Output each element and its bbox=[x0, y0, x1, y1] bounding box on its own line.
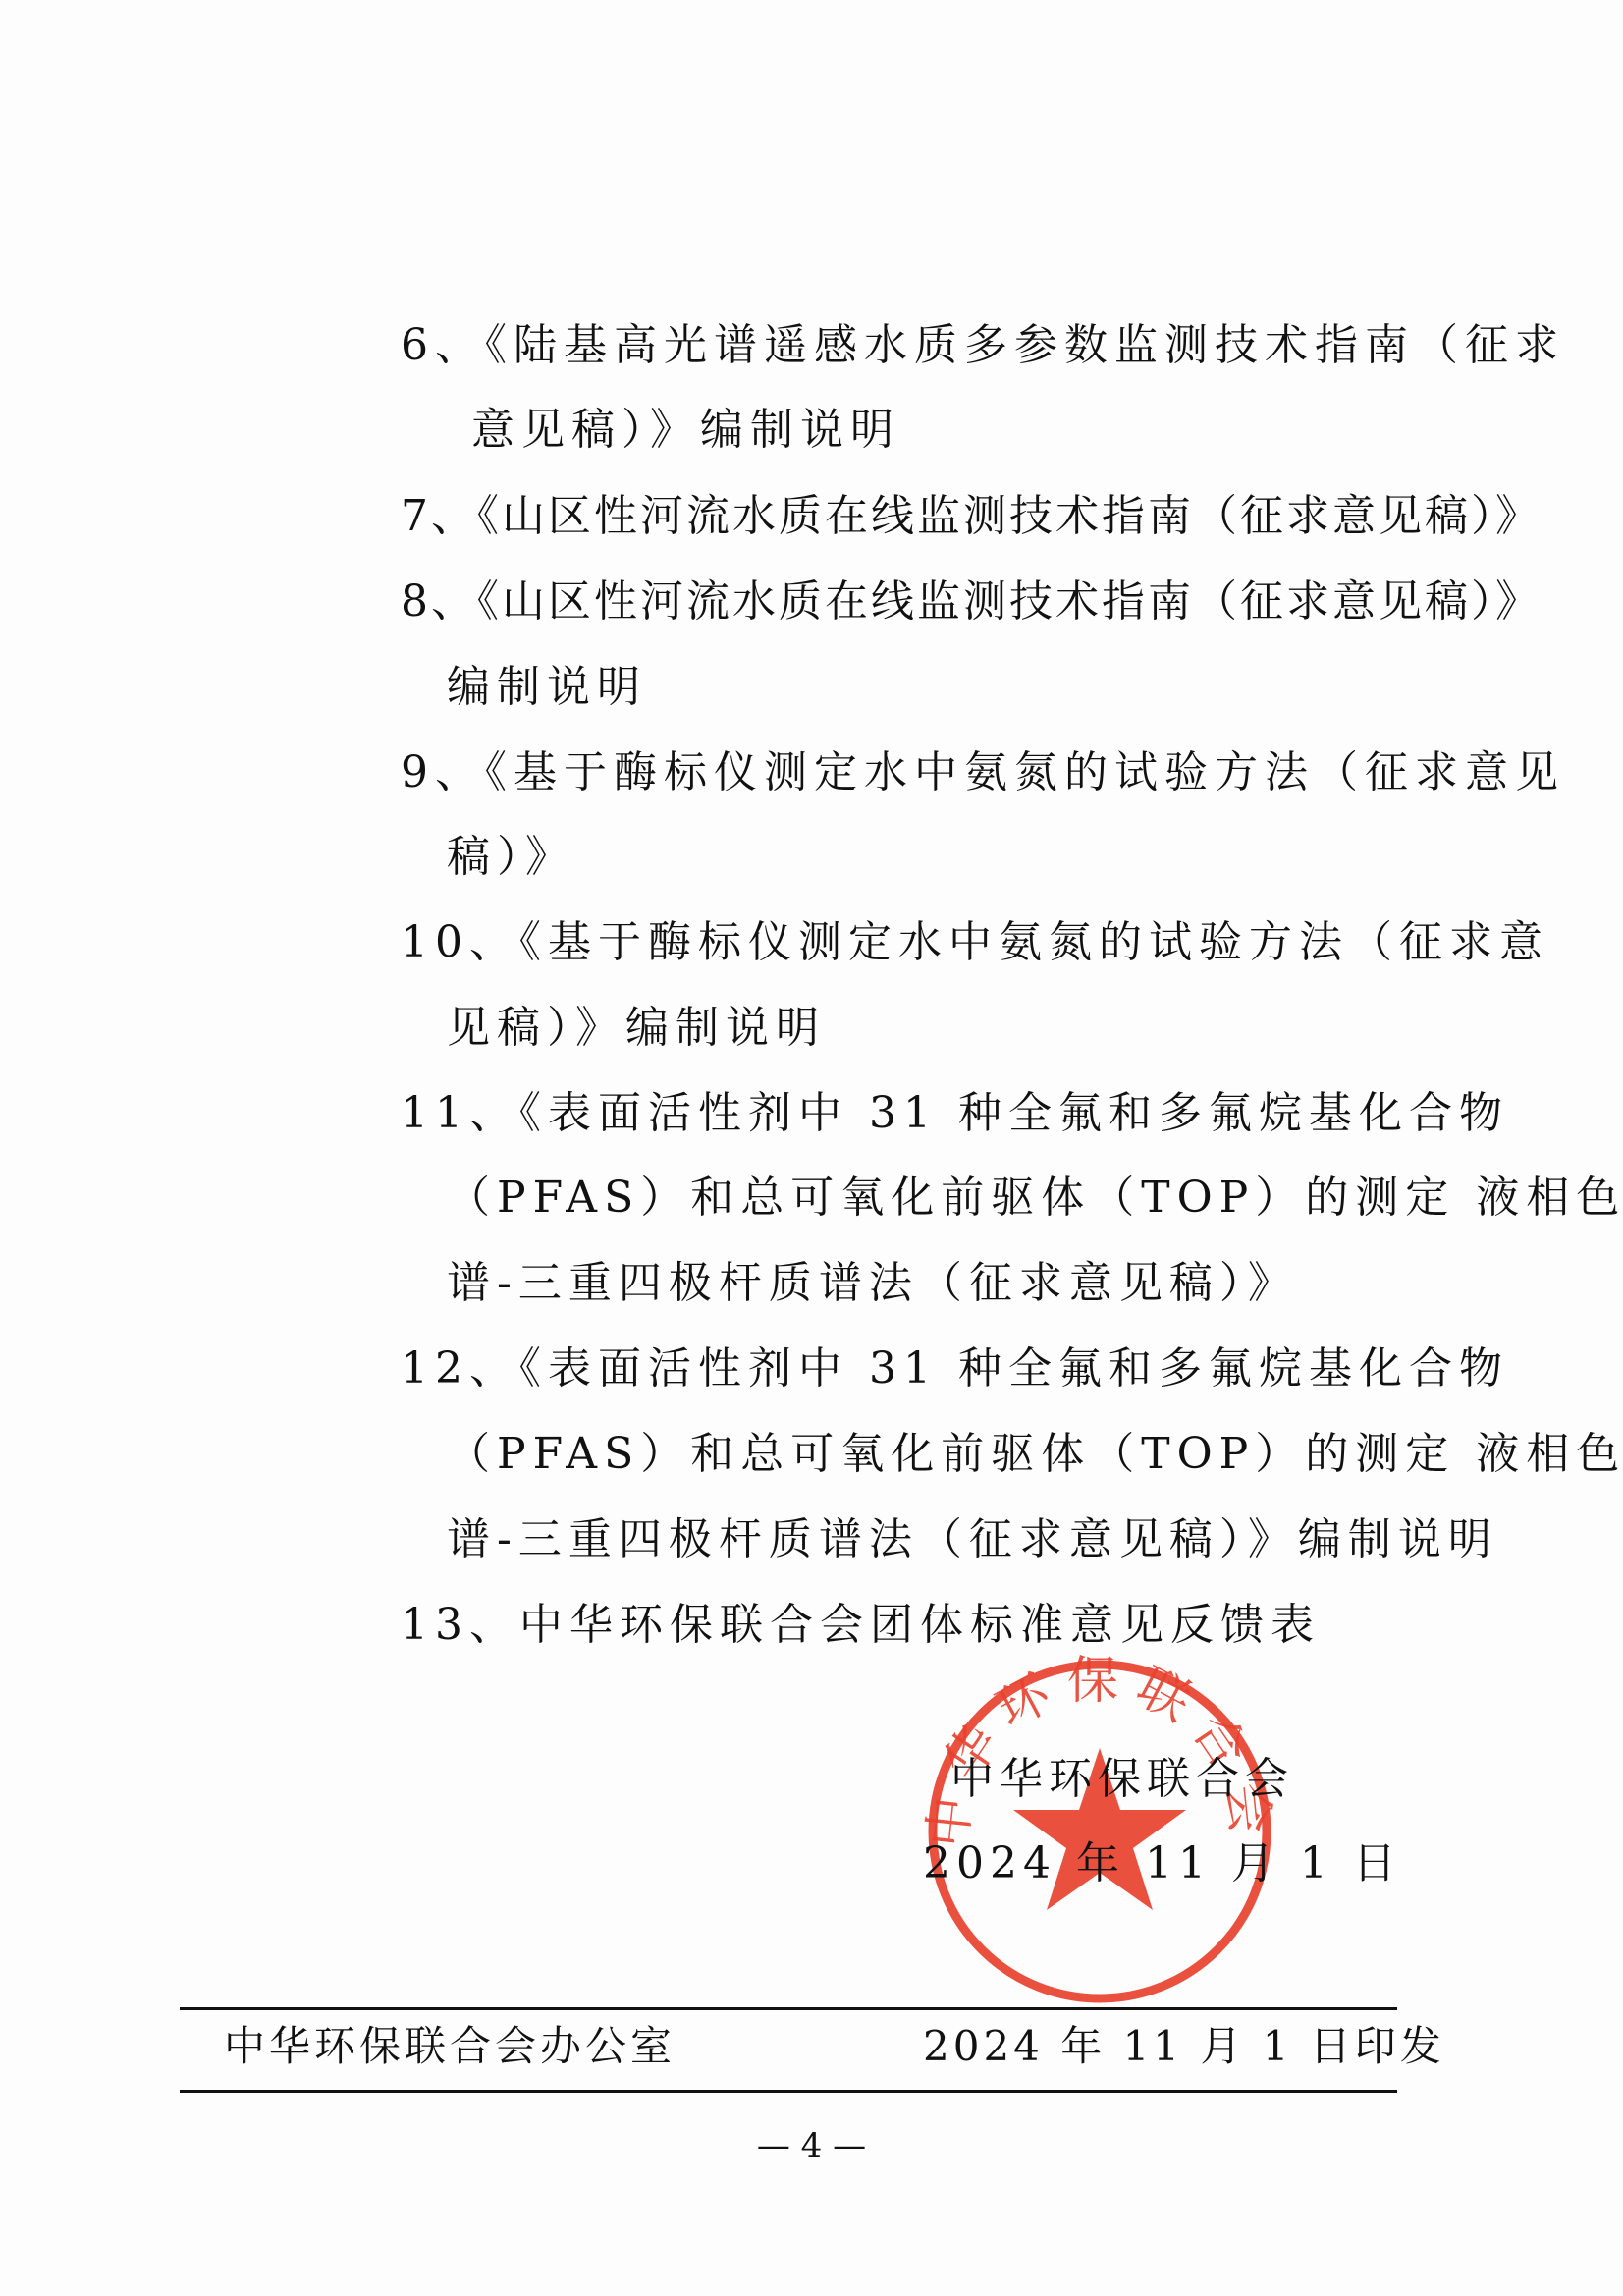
attachment-item-8-line-2: 编制说明 bbox=[447, 658, 647, 717]
attachment-item-12-line-1: 12、《表面活性剂中 31 种全氟和多氟烷基化合物 bbox=[401, 1339, 1509, 1398]
attachment-item-6-line-1: 6、《陆基高光谱遥感水质多参数监测技术指南（征求 bbox=[401, 316, 1565, 375]
page-number: — 4 — bbox=[0, 2126, 1623, 2165]
signature-organization: 中华环保联合会 bbox=[950, 1750, 1294, 1809]
attachment-item-9-line-1: 9、《基于酶标仪测定水中氨氮的试验方法（征求意见 bbox=[401, 743, 1565, 802]
attachment-item-12-line-2: （PFAS）和总可氧化前驱体（TOP）的测定 液相色 bbox=[447, 1425, 1623, 1484]
document-page: 6、《陆基高光谱遥感水质多参数监测技术指南（征求 意见稿）》编制说明 7、《山区… bbox=[0, 0, 1623, 2296]
attachment-item-12-line-3: 谱-三重四极杆质谱法（征求意见稿）》编制说明 bbox=[447, 1510, 1498, 1569]
footer-bottom-rule bbox=[180, 2090, 1397, 2093]
attachment-item-6-line-2: 意见稿）》编制说明 bbox=[471, 401, 900, 460]
attachment-item-10-line-2: 见稿）》编制说明 bbox=[447, 999, 826, 1058]
attachment-item-8-line-1: 8、《山区性河流水质在线监测技术指南（征求意见稿）》 bbox=[401, 573, 1542, 631]
attachment-item-11-line-2: （PFAS）和总可氧化前驱体（TOP）的测定 液相色 bbox=[447, 1169, 1623, 1228]
signature-date: 2024 年 11 月 1 日 bbox=[923, 1834, 1402, 1893]
seal-icon: 中华环保联合会 bbox=[923, 1655, 1276, 2008]
attachment-item-13-line-1: 13、中华环保联合会团体标准意见反馈表 bbox=[401, 1596, 1321, 1655]
official-seal: 中华环保联合会 bbox=[923, 1655, 1276, 2008]
attachment-item-7-line-1: 7、《山区性河流水质在线监测技术指南（征求意见稿）》 bbox=[401, 487, 1542, 546]
attachment-item-10-line-1: 10、《基于酶标仪测定水中氨氮的试验方法（征求意 bbox=[401, 913, 1549, 972]
attachment-item-11-line-1: 11、《表面活性剂中 31 种全氟和多氟烷基化合物 bbox=[401, 1084, 1509, 1143]
footer-issuer: 中华环保联合会办公室 bbox=[224, 2017, 676, 2076]
attachment-item-9-line-2: 稿）》 bbox=[447, 828, 575, 887]
footer-issue-date: 2024 年 11 月 1 日印发 bbox=[923, 2017, 1445, 2076]
attachment-item-11-line-3: 谱-三重四极杆质谱法（征求意见稿）》 bbox=[447, 1254, 1298, 1313]
